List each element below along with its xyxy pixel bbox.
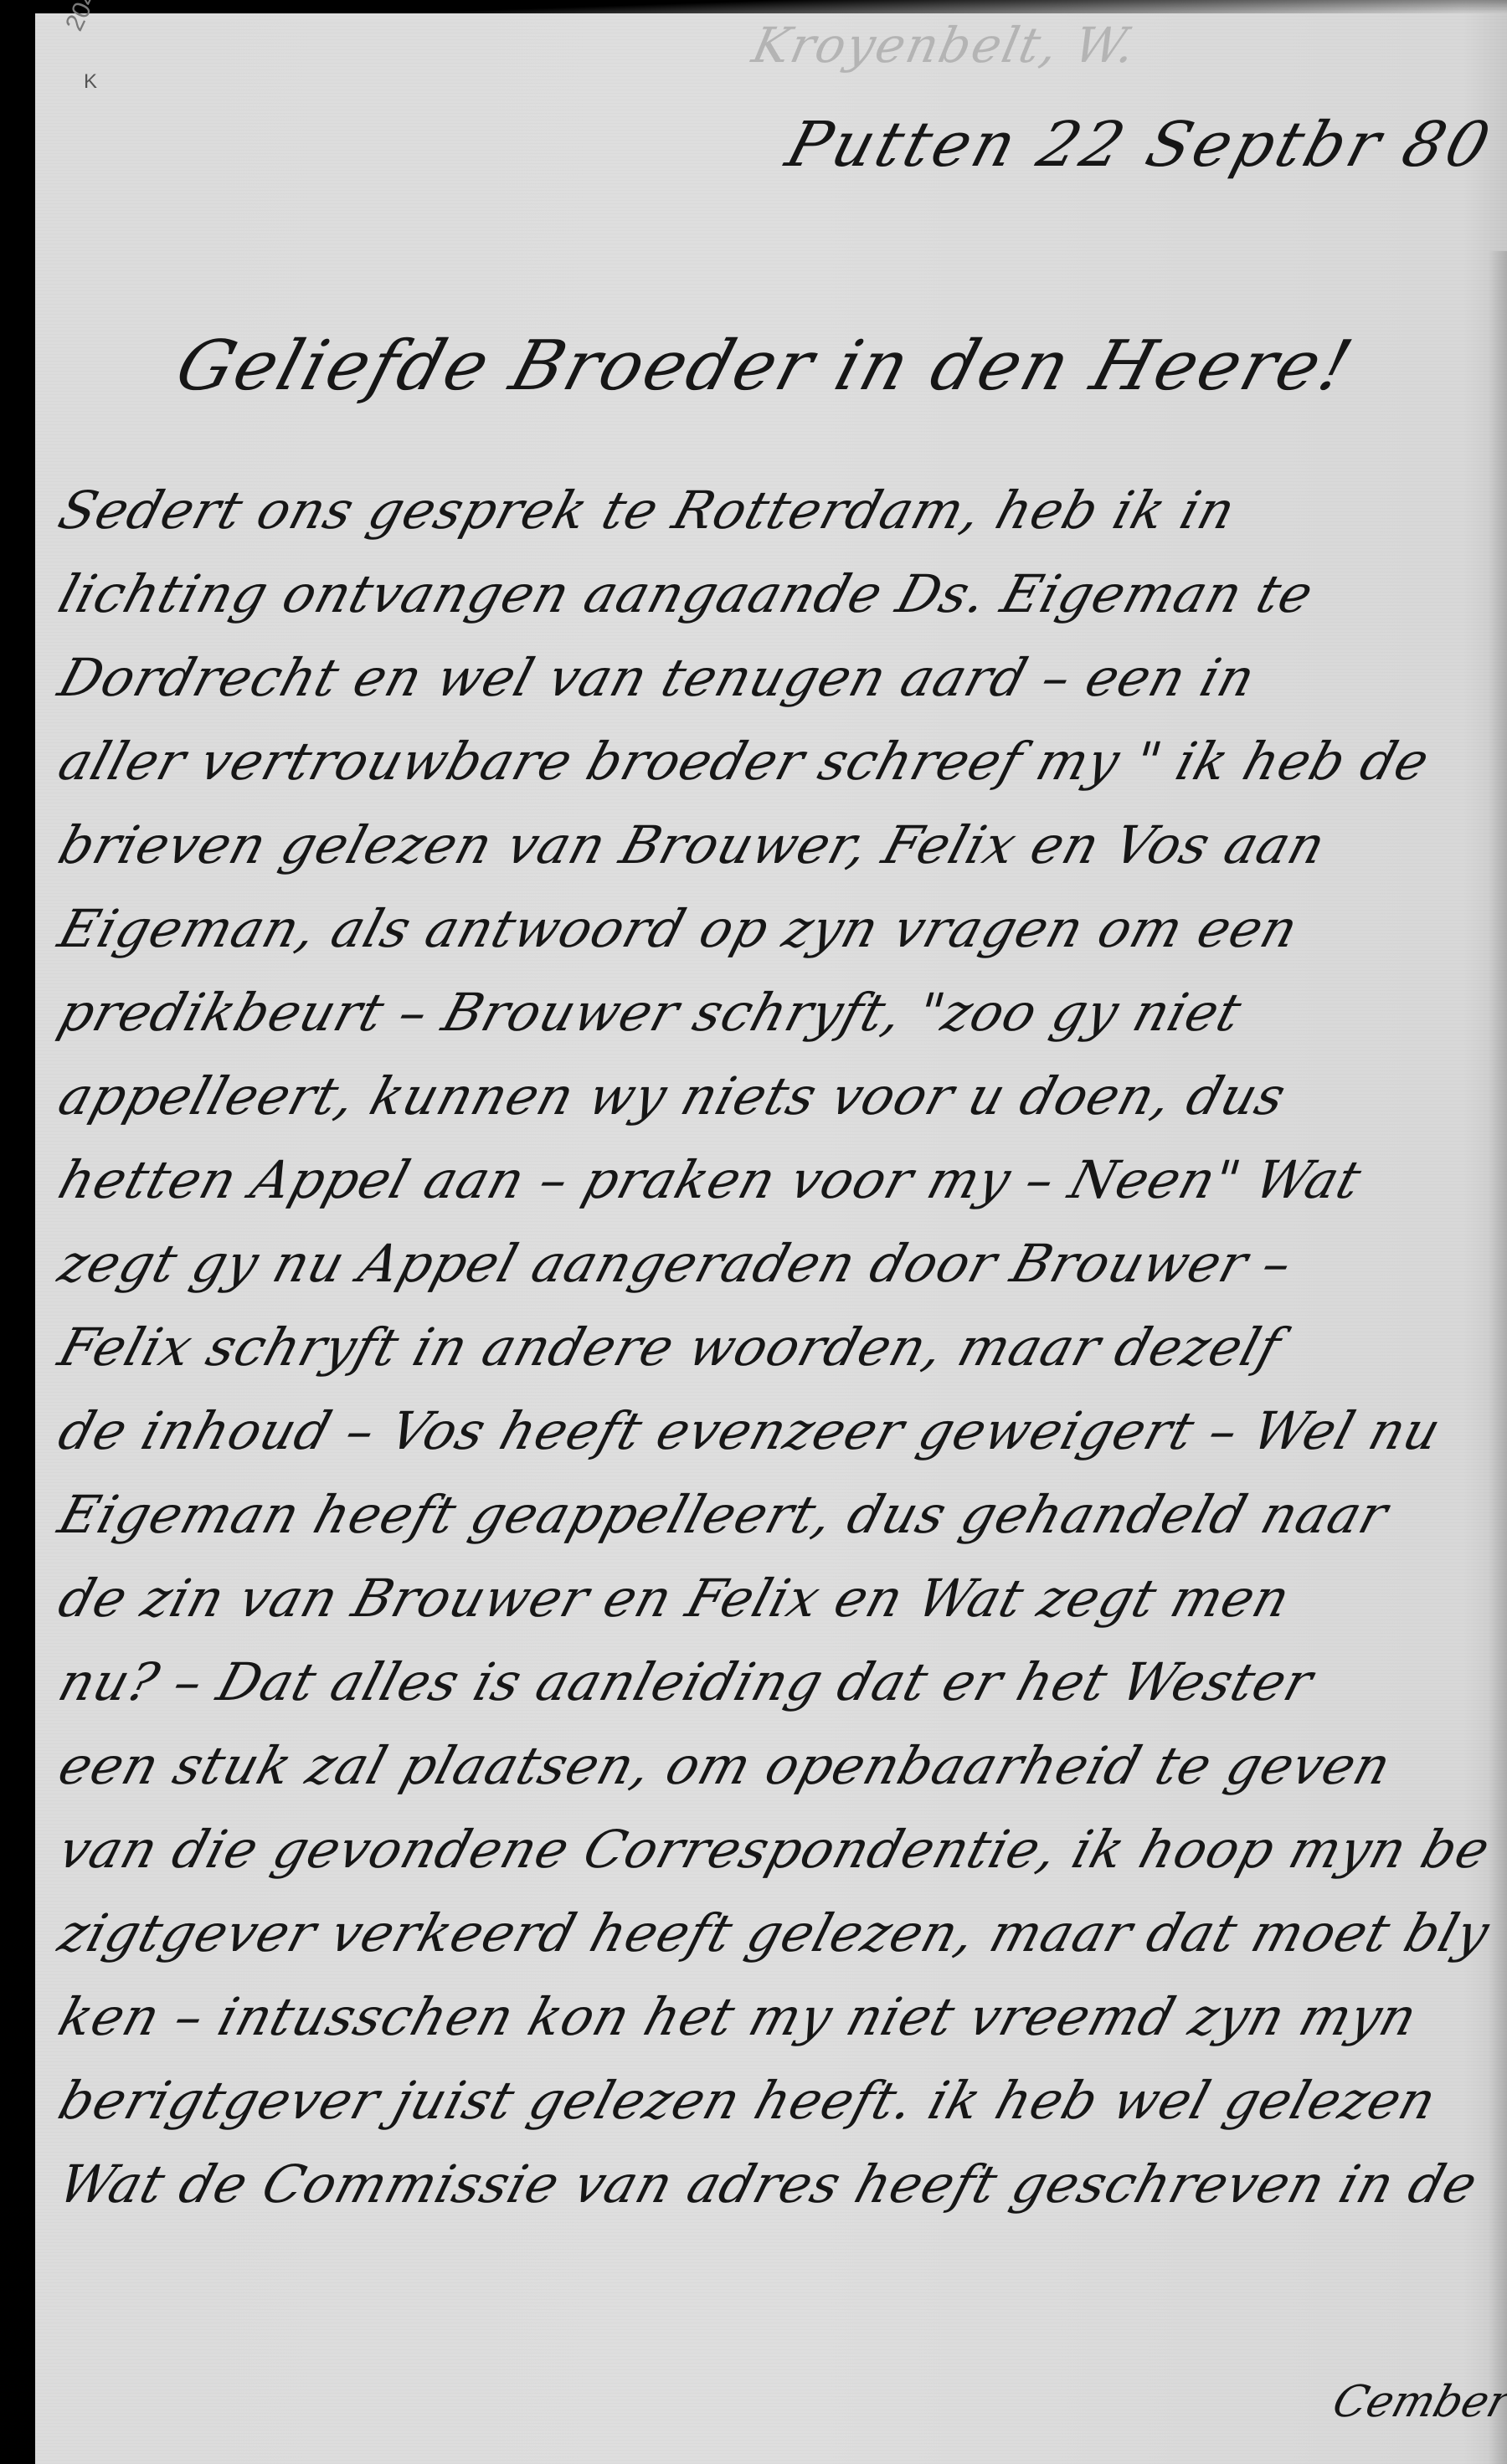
catchword: Cember [1327, 2377, 1507, 2427]
body-line: brieven gelezen van Brouwer, Felix en Vo… [49, 803, 1496, 887]
archivist-name-annotation: Kroyenbelt, W. [748, 17, 1142, 74]
body-line: nu? – Dat alles is aanleiding dat er het… [49, 1640, 1496, 1724]
body-line: zegt gy nu Appel aangeraden door Brouwer… [49, 1222, 1496, 1306]
scan-top-edge [35, 0, 1507, 13]
letter-body: Sedert ons gesprek te Rotterdam, heb ik … [49, 469, 1472, 2226]
body-line: de zin van Brouwer en Felix en Wat zegt … [49, 1557, 1496, 1640]
body-line: zigtgever verkeerd heeft gelezen, maar d… [49, 1892, 1496, 1975]
body-line: Dordrecht en wel van tenugen aard – een … [49, 636, 1496, 720]
body-line: Felix schryft in andere woorden, maar de… [49, 1306, 1496, 1389]
body-line: predikbeurt – Brouwer schryft, "zoo gy n… [49, 971, 1496, 1055]
body-line: lichting ontvangen aangaande Ds. Eigeman… [49, 552, 1496, 636]
body-line: berigtgever juist gelezen heeft. ik heb … [49, 2059, 1496, 2143]
body-line: Eigeman heeft geappelleert, dus gehandel… [49, 1473, 1496, 1557]
paper-right-edge [1489, 251, 1507, 2464]
body-line: een stuk zal plaatsen, om openbaarheid t… [49, 1724, 1496, 1808]
body-line: hetten Appel aan – praken voor my – Neen… [49, 1138, 1496, 1222]
body-line: aller vertrouwbare broeder schreef my " … [49, 720, 1496, 803]
salutation: Geliefde Broeder in den Heere! [167, 326, 1363, 406]
letter-scan: 2040 K Kroyenbelt, W. Putten 22 Septbr 8… [0, 0, 1507, 2464]
archive-mark-annotation: K [84, 70, 97, 94]
dateline: Putten 22 Septbr 80 [779, 109, 1500, 181]
body-line: appelleert, kunnen wy niets voor u doen,… [49, 1055, 1496, 1138]
body-line: Eigeman, als antwoord op zyn vragen om e… [49, 887, 1496, 971]
body-line: ken – intusschen kon het my niet vreemd … [49, 1975, 1496, 2059]
body-line: Wat de Commissie van adres heeft geschre… [49, 2143, 1496, 2226]
body-line: van die gevondene Correspondentie, ik ho… [49, 1808, 1496, 1892]
body-line: Sedert ons gesprek te Rotterdam, heb ik … [49, 469, 1496, 552]
body-line: de inhoud – Vos heeft evenzeer geweigert… [49, 1389, 1496, 1473]
